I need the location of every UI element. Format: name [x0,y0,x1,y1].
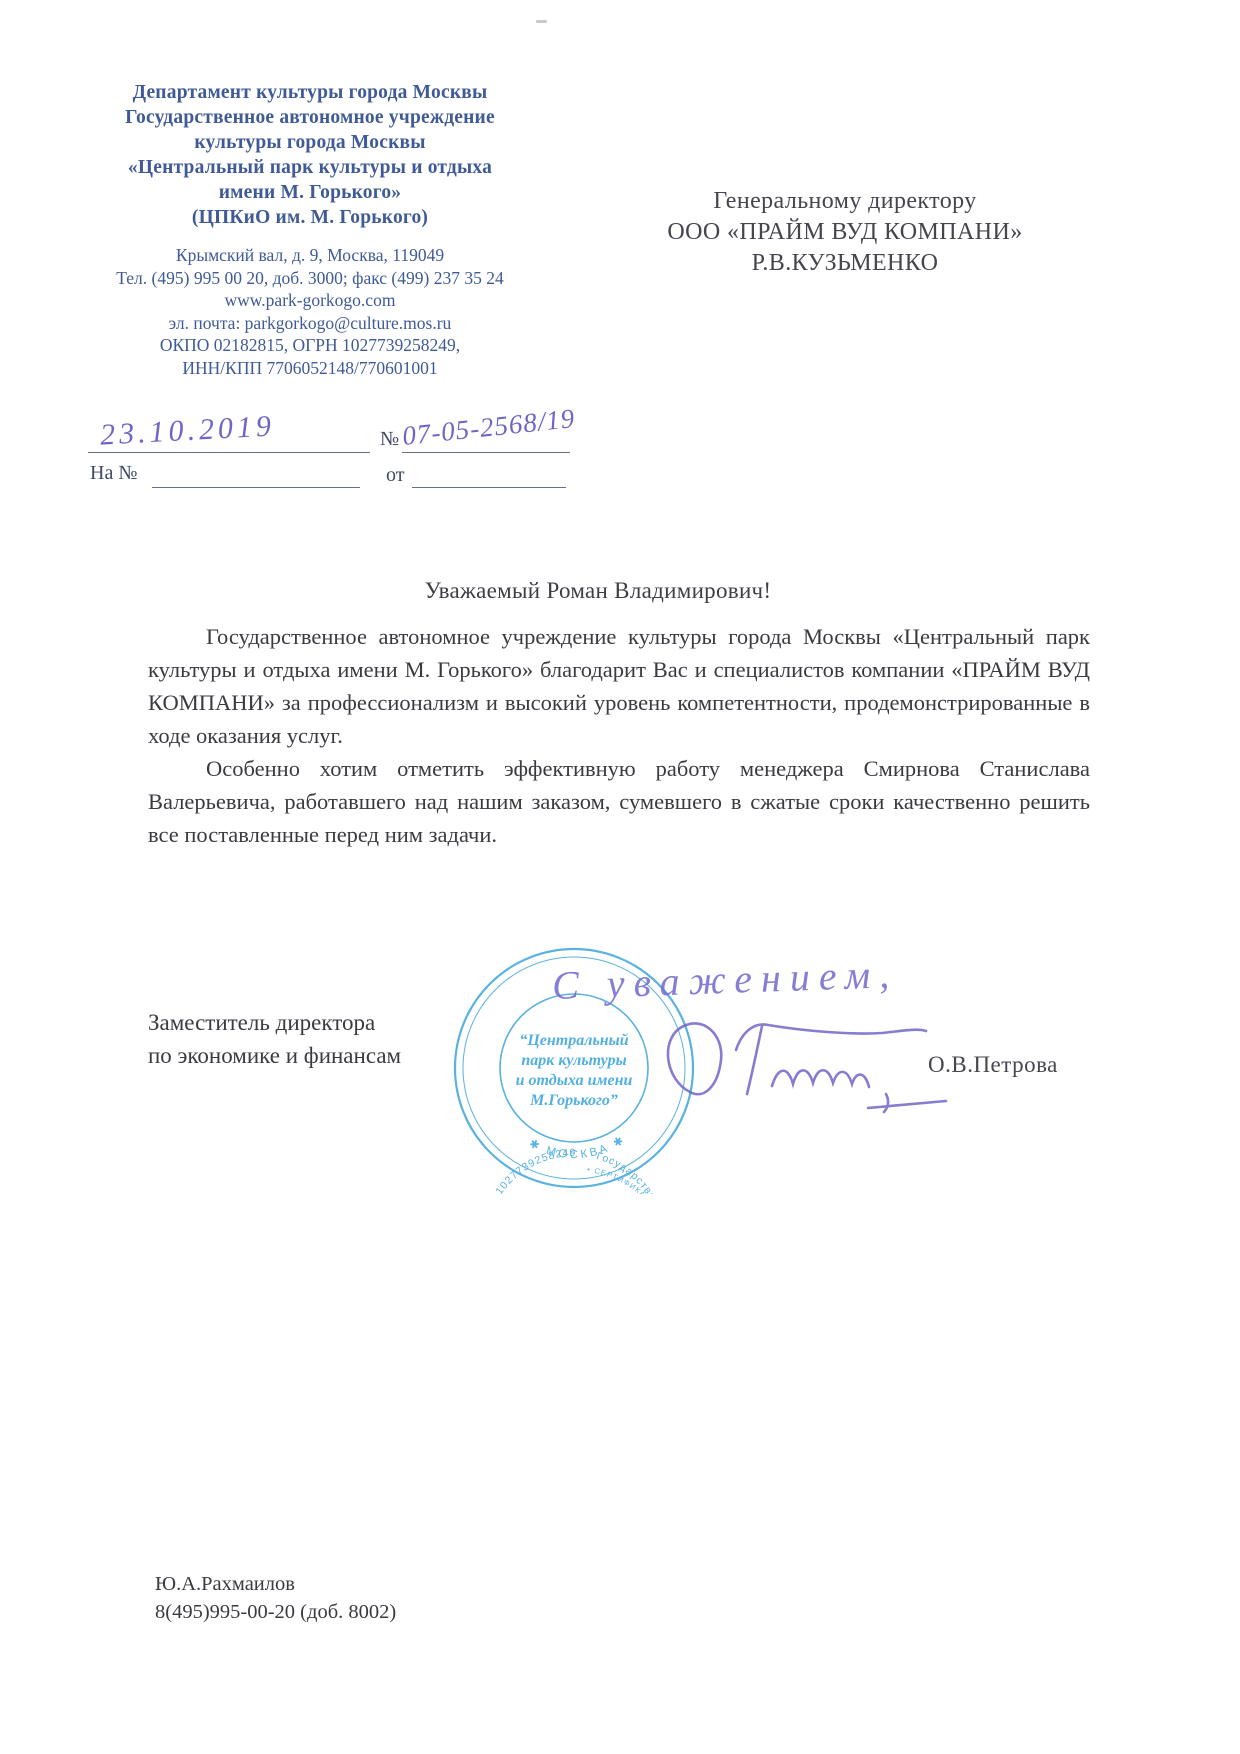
signature-top-bar [736,1024,926,1050]
signatory-title-line: Заместитель директора [148,1006,401,1039]
stamp-inner-line: и отдыха имени [516,1072,633,1089]
org-name-line: (ЦПКиО им. М. Горького) [60,205,560,230]
org-name-line: Департамент культуры города Москвы [60,80,560,105]
signatory-title-line: по экономике и финансам [148,1039,401,1072]
body-paragraph-2: Особенно хотим отметить эффективную рабо… [148,752,1090,851]
letterhead: Департамент культуры города Москвы Госуд… [60,80,560,379]
salutation: Уважаемый Роман Владимирович! [148,578,1048,604]
handwritten-date: 23.10.2019 [99,409,276,452]
signature-underline-dash [868,1101,946,1108]
stamp-inner-line: парк культуры [521,1052,626,1069]
org-name-line: культуры города Москвы [60,130,560,155]
number-label: № [380,428,399,451]
executor-block: Ю.А.Рахмаилов 8(495)995-00-20 (доб. 8002… [155,1570,396,1626]
signature-comma [884,1094,888,1112]
org-name-line: Государственное автономное учреждение [60,105,560,130]
stamp-inner-line: М.Горького” [529,1092,618,1109]
stamp-inner-line: “Центральный [519,1032,628,1049]
letter-body: Государственное автономное учреждение ку… [148,620,1090,851]
signatory-title: Заместитель директора по экономике и фин… [148,1006,401,1072]
org-address: Крымский вал, д. 9, Москва, 119049 [60,244,560,267]
from-underline [412,487,566,488]
on-number-label: На № [90,462,137,485]
date-underline [88,452,370,453]
from-label: от [386,464,404,487]
handwritten-number: 07-05-2568/19 [401,403,577,452]
org-inn-kpp: ИНН/КПП 7706052148/770601001 [60,357,560,380]
org-name-line: «Центральный парк культуры и отдыха [60,155,560,180]
org-email: эл. почта: parkgorkogo@culture.mos.ru [60,312,560,335]
on-number-underline [152,487,360,488]
executor-phone: 8(495)995-00-20 (доб. 8002) [155,1598,396,1626]
stamp-outer-ring-text: • СЕРТИФИКАТ № ПС ВЦЛ 315 • 2013 Г. • СЕ… [515,1165,684,1194]
letter-document: Департамент культуры города Москвы Госуд… [0,0,1240,1754]
executor-name: Ю.А.Рахмаилов [155,1570,396,1598]
recipient-name: Р.В.КУЗЬМЕНКО [600,248,1090,279]
signature-down-stroke [747,1026,762,1094]
number-underline [402,452,570,453]
org-okpo-ogrn: ОКПО 02182815, ОГРН 1027739258249, [60,334,560,357]
recipient-block: Генеральному директору ООО «ПРАЙМ ВУД КО… [600,186,1090,279]
scan-artifact [536,20,547,23]
body-paragraph-1: Государственное автономное учреждение ку… [148,620,1090,752]
org-name-line: имени М. Горького» [60,180,560,205]
recipient-company: ООО «ПРАЙМ ВУД КОМПАНИ» [600,217,1090,248]
signature-wave [772,1070,869,1087]
recipient-position: Генеральному директору [600,186,1090,217]
org-phone-fax: Тел. (495) 995 00 20, доб. 3000; факс (4… [60,267,560,290]
org-website: www.park-gorkogo.com [60,289,560,312]
signatory-name: О.В.Петрова [928,1052,1058,1078]
svg-text:• СЕРТИФИКАТ № ПС ВЦЛ 315 • 20: • СЕРТИФИКАТ № ПС ВЦЛ 315 • 2013 Г. • СЕ… [515,1165,684,1194]
